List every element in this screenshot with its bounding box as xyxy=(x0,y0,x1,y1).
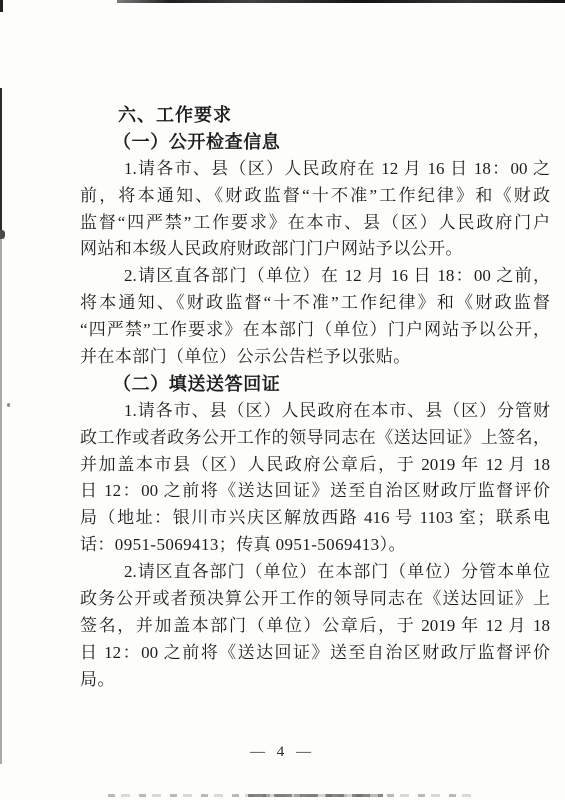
scan-artifact-left-blob xyxy=(0,230,5,239)
scan-artifact-stray-dot xyxy=(7,403,10,407)
document-body: 六、工作要求 （一）公开检查信息 1.请各市、县（区）人民政府在 12 月 16… xyxy=(80,102,550,694)
text-line: 局（地址：银川市兴庆区解放西路 416 号 1103 室；联系电 xyxy=(80,505,550,532)
text-line: 1.请各市、县（区）人民政府在本市、县（区）分管财 xyxy=(80,398,550,425)
text-line: 日 12：00 之前将《送达回证》送至自治区财政厅监督评价 xyxy=(80,640,550,667)
text-line: 政工作或者政务公开工作的领导同志在《送达回证》上签名， xyxy=(80,425,550,452)
text-line: 局。 xyxy=(80,667,550,694)
text-line: 话：0951-5069413；传真 0951-5069413）。 xyxy=(80,532,550,559)
page-number: — 4 — xyxy=(0,744,565,761)
scanned-document-page: 六、工作要求 （一）公开检查信息 1.请各市、县（区）人民政府在 12 月 16… xyxy=(0,0,565,800)
text-line: 日 12：00 之前将《送达回证》送至自治区财政厅监督评价 xyxy=(80,478,550,505)
text-line: 并加盖本市县（区）人民政府公章后，于 2019 年 12 月 18 xyxy=(80,452,550,479)
text-line: “四严禁”工作要求》在本部门（单位）门户网站予以公开， xyxy=(80,317,550,344)
text-line: 签名，并加盖本部门（单位）公章后，于 2019 年 12 月 18 xyxy=(80,613,550,640)
text-line: 将本通知、《财政监督“十不准”工作纪律》和《财政监督 xyxy=(80,290,550,317)
scan-artifact-top-edge xyxy=(117,0,565,3)
text-line: 网站和本级人民政府财政部门门户网站予以公开。 xyxy=(80,236,550,263)
scan-artifact-top-left-tick xyxy=(0,0,3,12)
text-line: 监督“四严禁”工作要求》在本市、县（区）人民政府门户 xyxy=(80,210,550,237)
text-line: 前，将本通知、《财政监督“十不准”工作纪律》和《财政 xyxy=(80,183,550,210)
text-line: 2.请区直各部门（单位）在本部门（单位）分管本单位 xyxy=(80,559,550,586)
subsection-heading: （一）公开检查信息 xyxy=(80,129,550,156)
scan-artifact-left-line-gray xyxy=(0,239,2,764)
section-heading: 六、工作要求 xyxy=(80,102,550,129)
text-line: 政务公开或者预决算公开工作的领导同志在《送达回证》上 xyxy=(80,586,550,613)
text-line: 1.请各市、县（区）人民政府在 12 月 16 日 18：00 之 xyxy=(80,156,550,183)
scan-artifact-bottom-noise-dark xyxy=(248,794,383,797)
subsection-heading: （二）填送送答回证 xyxy=(80,371,550,398)
text-line: 并在本部门（单位）公示公告栏予以张贴。 xyxy=(80,344,550,371)
scan-artifact-left-line-dark xyxy=(0,88,2,236)
text-line: 2.请区直各部门（单位）在 12 月 16 日 18：00 之前， xyxy=(80,263,550,290)
